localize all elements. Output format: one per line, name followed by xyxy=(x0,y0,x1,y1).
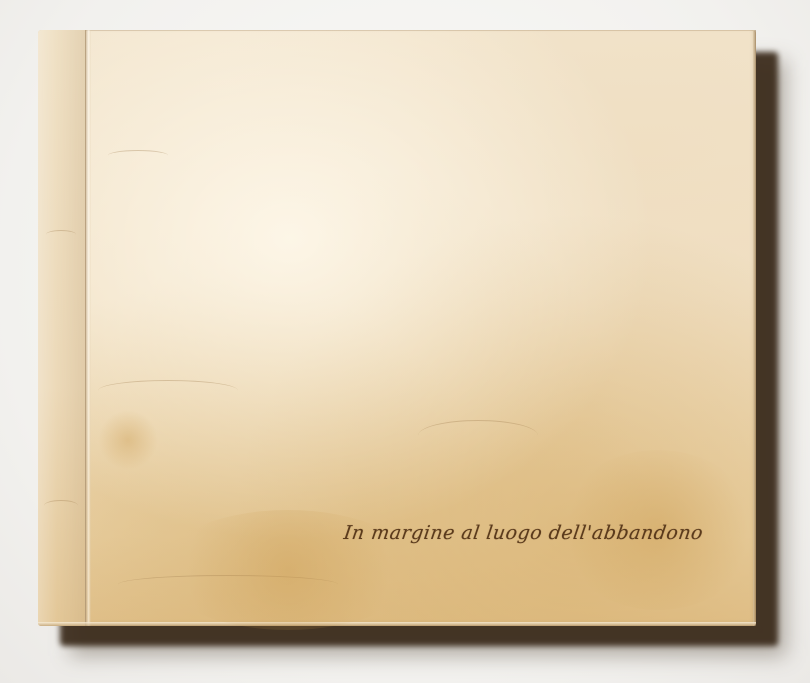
parchment-wrinkle xyxy=(418,420,538,451)
cover-bottom-edge xyxy=(38,622,756,626)
spine-hinge-groove xyxy=(85,30,91,626)
handwritten-title: In margine al luogo dell'abbandono xyxy=(342,522,704,544)
parchment-wrinkle xyxy=(46,230,76,239)
age-stain xyxy=(98,410,158,470)
parchment-wrinkle xyxy=(98,380,238,401)
parchment-wrinkle xyxy=(44,500,78,511)
book-spine xyxy=(38,30,86,626)
parchment-wrinkle xyxy=(108,150,168,161)
book-cover: In margine al luogo dell'abbandono xyxy=(38,30,756,626)
